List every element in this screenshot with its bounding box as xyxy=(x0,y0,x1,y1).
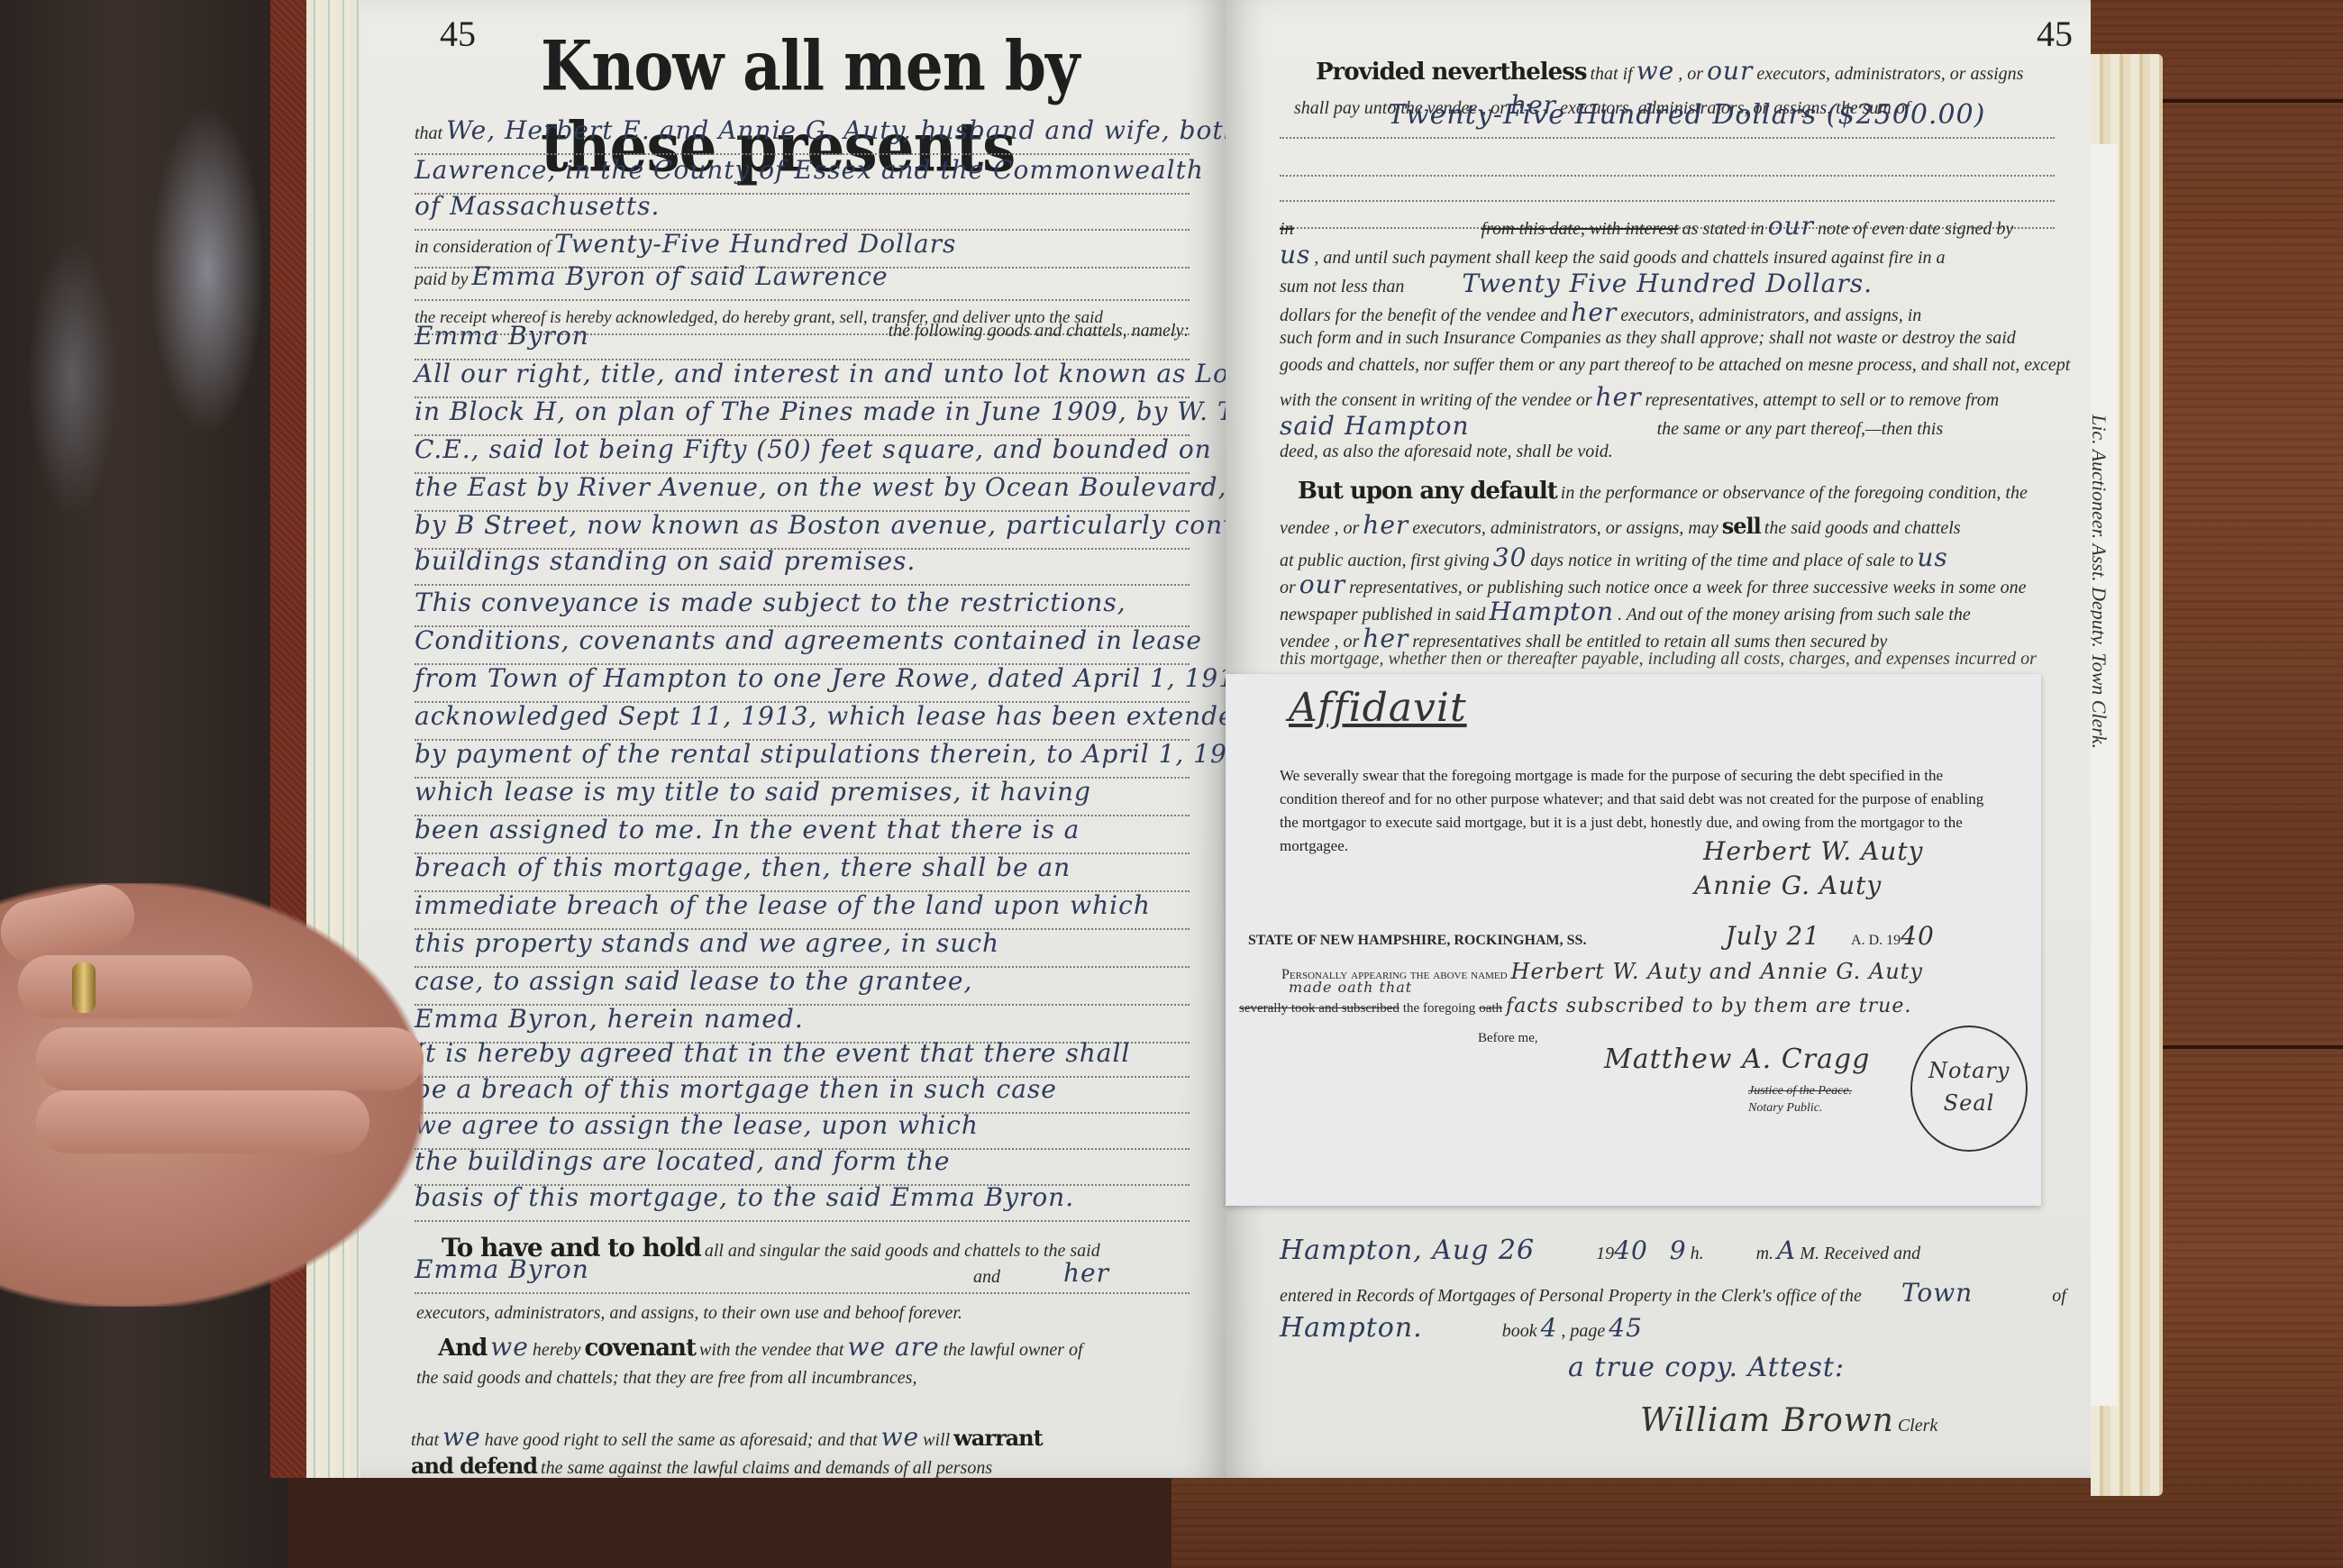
struck-text: severally took and subscribed xyxy=(1239,1001,1399,1016)
print-text: as stated in xyxy=(1682,219,1764,239)
handwritten-text: in Block H, on plan of The Pines made in… xyxy=(415,397,1313,426)
print-label: in consideration of xyxy=(415,237,551,257)
agreement-line: It is hereby agreed that in the event th… xyxy=(415,1038,1190,1078)
handwritten-text: A xyxy=(1777,1235,1796,1265)
print-text: book xyxy=(1502,1321,1537,1341)
print-text: 19 xyxy=(1596,1244,1614,1263)
finger xyxy=(18,955,252,1018)
handwritten-text: her xyxy=(1063,1258,1109,1288)
notary-title: Notary Public. xyxy=(1748,1101,1822,1116)
print-text: executors, administrators, and assigns, … xyxy=(1620,305,1921,325)
handwritten-text: by payment of the rental stipulations th… xyxy=(415,739,1270,769)
venue-line: STATE OF NEW HAMPSHIRE, ROCKINGHAM, SS. … xyxy=(1248,921,1935,951)
handwritten-text: her xyxy=(1571,297,1617,327)
print-text: note of even date signed by xyxy=(1818,219,2013,239)
print-text: hereby xyxy=(533,1340,581,1360)
print-text: the same against the lawful claims and d… xyxy=(541,1458,992,1478)
handwritten-text: we xyxy=(881,1422,920,1452)
print-text: dollars for the benefit of the vendee an… xyxy=(1280,305,1567,325)
print-text: . And out of the money arising from such… xyxy=(1618,605,1971,624)
insurance-amount-line: sum not less than Twenty Five Hundred Do… xyxy=(1280,269,1873,298)
handwritten-text: 9 xyxy=(1670,1235,1687,1265)
before-me: Before me, xyxy=(1478,1031,1538,1046)
handwritten-text: which lease is my title to said premises… xyxy=(415,777,1091,807)
handwritten-text: Emma Byron xyxy=(415,1254,589,1284)
grantor-line-2: Lawrence, in the County of Essex and the… xyxy=(415,155,1190,195)
provided-heading: Provided nevertheless xyxy=(1316,59,1586,86)
habendum-tail: executors, administrators, and assigns, … xyxy=(416,1303,962,1324)
handwritten-text: facts subscribed to by them are true. xyxy=(1506,995,1911,1017)
print-label: paid by xyxy=(415,269,468,289)
handwritten-text: 30 xyxy=(1493,542,1527,572)
handwritten-text: we xyxy=(1636,56,1675,86)
handwritten-text: buildings standing on said premises. xyxy=(415,546,916,576)
default-line-7: this mortgage, whether then or thereafte… xyxy=(1280,649,2037,670)
page-number: 45 xyxy=(440,13,476,55)
conveyance-line: by payment of the rental stipulations th… xyxy=(415,739,1190,779)
covenant-heading: And xyxy=(438,1335,487,1362)
handwritten-text: 45 xyxy=(1609,1313,1643,1343)
clerk-signature-line: William Brown Clerk xyxy=(1640,1402,1937,1439)
print-text: newspaper published in said xyxy=(1280,605,1485,624)
covenant-line-2: the said goods and chattels; that they a… xyxy=(416,1368,916,1389)
print-text: or xyxy=(1280,578,1296,597)
handwritten-text: breach of this mortgage, then, there sha… xyxy=(415,852,1071,882)
consent-line: with the consent in writing of the vende… xyxy=(1280,382,1999,412)
affidavit-slip: Affidavit We severally swear that the fo… xyxy=(1226,674,2041,1206)
print-text: m. xyxy=(1756,1244,1773,1263)
handwritten-year: 40 xyxy=(1901,921,1935,951)
print-text: the said goods and chattels xyxy=(1764,518,1961,538)
habendum-holder-line: Emma Byron and her xyxy=(415,1254,1190,1294)
print-text: vendee , or xyxy=(1280,518,1359,538)
print-text: that xyxy=(411,1430,439,1450)
handwritten-text: case, to assign said lease to the grante… xyxy=(415,966,972,996)
signature-herbert: Herbert W. Auty xyxy=(1703,836,1923,866)
handwritten-names: Herbert W. Auty and Annie G. Auty xyxy=(1511,959,1923,984)
handwritten-text: we agree to assign the lease, upon which xyxy=(415,1110,979,1140)
print-text: the foregoing xyxy=(1403,1001,1475,1016)
print-text: of xyxy=(2052,1286,2066,1306)
seal-text: Notary Seal xyxy=(1928,1054,2010,1119)
oath-line: severally took and subscribed the forego… xyxy=(1239,995,1911,1017)
handwritten-text: Lawrence, in the County of Essex and the… xyxy=(415,155,1204,185)
handwritten-text: we are xyxy=(848,1332,940,1362)
signature-annie: Annie G. Auty xyxy=(1694,871,1882,900)
print-text: the lawful owner of xyxy=(944,1340,1083,1360)
default-clause: But upon any default in the performance … xyxy=(1298,478,2028,505)
conveyance-line: been assigned to me. In the event that t… xyxy=(415,815,1190,854)
default-heading: But upon any default xyxy=(1298,478,1557,505)
conveyance-line: case, to assign said lease to the grante… xyxy=(415,966,1190,1006)
plastic-wrap xyxy=(0,0,288,1568)
clerk-label: Clerk xyxy=(1898,1416,1937,1436)
handwritten-text: Twenty-Five Hundred Dollars ($2500.00) xyxy=(1388,99,1985,131)
print-text: entered in Records of Mortgages of Perso… xyxy=(1280,1286,1862,1306)
remove-line: said Hampton the same or any part thereo… xyxy=(1280,411,1943,441)
page-number: 45 xyxy=(2037,13,2073,55)
goods-line: by B Street, now known as Boston avenue,… xyxy=(415,510,1190,550)
struck-text: oath xyxy=(1479,1001,1502,1016)
print-text: with the consent in writing of the vende… xyxy=(1280,390,1592,410)
covenant-clause: And we hereby covenant with the vendee t… xyxy=(438,1332,1083,1362)
handwritten-text: Hampton. xyxy=(1280,1312,1423,1344)
handwritten-text: Emma Byron of said Lawrence xyxy=(471,261,888,291)
venue-text: STATE OF NEW HAMPSHIRE, ROCKINGHAM, SS. xyxy=(1248,933,1586,948)
clerk-signature: William Brown xyxy=(1640,1402,1894,1439)
handwritten-text: This conveyance is made subject to the r… xyxy=(415,588,1126,617)
wedding-ring xyxy=(72,962,96,1013)
inserted-text: made oath that xyxy=(1289,979,1412,996)
print-text: have good right to sell the same as afor… xyxy=(485,1430,878,1450)
handwritten-text: We, Herbert E. and Annie G. Auty, husban… xyxy=(446,115,1276,145)
conveyance-line: this property stands and we agree, in su… xyxy=(415,928,1190,968)
handwritten-text: we xyxy=(442,1422,481,1452)
default-line-5: newspaper published in said Hampton . An… xyxy=(1280,597,1971,626)
warranty-line: that we have good right to sell the same… xyxy=(411,1422,1043,1452)
handwritten-text: said Hampton xyxy=(1280,411,1470,441)
defend-line: and defend the same against the lawful c… xyxy=(411,1453,992,1479)
handwritten-text: Emma Byron, herein named. xyxy=(415,1004,804,1034)
agreement-line: basis of this mortgage, to the said Emma… xyxy=(415,1182,1190,1222)
amount-line: Twenty-Five Hundred Dollars ($2500.00) xyxy=(1280,99,2055,139)
print-text: executors, administrators, or assigns xyxy=(1756,64,2023,84)
print-text: the same or any part thereof,—then this xyxy=(1657,419,1944,439)
handwritten-text: acknowledged Sept 11, 1913, which lease … xyxy=(415,701,1252,731)
handwritten-text: 4 xyxy=(1541,1313,1558,1343)
handwritten-text: immediate breach of the lease of the lan… xyxy=(415,890,1151,920)
defend-heading: and defend xyxy=(411,1453,537,1479)
print-text: representatives, or publishing such noti… xyxy=(1349,578,2026,597)
handwritten-text: C.E., said lot being Fifty (50) feet squ… xyxy=(415,434,1212,464)
print-text: days notice in writing of the time and p… xyxy=(1530,551,1913,570)
affidavit-heading: Affidavit xyxy=(1289,685,1467,731)
grantor-line-3: of Massachusetts. xyxy=(415,191,1190,231)
default-line-4: or our representatives, or publishing su… xyxy=(1280,570,2027,599)
handwritten-text: Conditions, covenants and agreements con… xyxy=(415,625,1202,655)
conveyance-line: from Town of Hampton to one Jere Rowe, d… xyxy=(415,663,1190,703)
insurance-terms-line: such form and in such Insurance Companie… xyxy=(1280,328,2016,349)
finger xyxy=(36,1090,369,1153)
default-line-2: vendee , or her executors, administrator… xyxy=(1280,510,1961,540)
handwritten-text: us xyxy=(1917,542,1947,572)
handwritten-date: July 21 xyxy=(1725,921,1820,951)
handwritten-text: from Town of Hampton to one Jere Rowe, d… xyxy=(415,663,1253,693)
handwritten-text: her xyxy=(1363,510,1409,540)
handwritten-text: Hampton, Aug 26 xyxy=(1280,1235,1535,1266)
handwritten-text: us xyxy=(1280,240,1310,269)
print-label: that xyxy=(415,123,442,143)
goods-line: in Block H, on plan of The Pines made in… xyxy=(415,397,1190,436)
handwritten-text: All our right, title, and interest in an… xyxy=(415,359,1331,388)
handwritten-text: be a breach of this mortgage then in suc… xyxy=(415,1074,1057,1104)
left-page: 45 Know all men by these presents that W… xyxy=(360,0,1226,1478)
handwritten-text: Twenty-Five Hundred Dollars xyxy=(554,229,956,259)
handwritten-text: been assigned to me. In the event that t… xyxy=(415,815,1080,844)
handwritten-text: Emma Byron xyxy=(415,321,589,351)
record-line-3: Hampton. book 4 , page 45 xyxy=(1280,1312,1643,1344)
waste-terms-line: goods and chattels, nor suffer them or a… xyxy=(1280,355,2070,376)
attest-signature: a true copy. Attest: xyxy=(1568,1352,1845,1383)
handwritten-text: Twenty Five Hundred Dollars. xyxy=(1462,269,1873,298)
goods-line: the East by River Avenue, on the west by… xyxy=(415,472,1190,512)
print-text: with the vendee that xyxy=(699,1340,844,1360)
index-finger xyxy=(36,1027,424,1090)
provided-clause: Provided nevertheless that if we , or ou… xyxy=(1316,56,2023,86)
handwritten-text: 40 xyxy=(1614,1235,1648,1265)
print-text: , or xyxy=(1678,64,1703,84)
conveyance-line: immediate breach of the lease of the lan… xyxy=(415,890,1190,930)
print-text: at public auction, first giving xyxy=(1280,551,1490,570)
struck-text: in xyxy=(1280,219,1294,239)
print-text: executors, administrators, or assigns, m… xyxy=(1412,518,1718,538)
struck-title: Justice of the Peace. xyxy=(1748,1084,1852,1099)
handwritten-text: It is hereby agreed that in the event th… xyxy=(415,1038,1130,1068)
print-text: representatives, attempt to sell or to r… xyxy=(1646,390,2000,410)
conveyance-line: which lease is my title to said premises… xyxy=(415,777,1190,816)
conveyance-line: Conditions, covenants and agreements con… xyxy=(415,625,1190,665)
handwritten-text: by B Street, now known as Boston avenue,… xyxy=(415,510,1365,540)
void-line: deed, as also the aforesaid note, shall … xyxy=(1280,442,1613,462)
ad-label: A. D. 19 xyxy=(1851,933,1901,948)
handwritten-text: the buildings are located, and form the xyxy=(415,1146,950,1176)
print-text: that if xyxy=(1590,64,1632,84)
notary-seal: Notary Seal xyxy=(1910,1026,2028,1152)
agreement-line: the buildings are located, and form the xyxy=(415,1146,1190,1186)
handwritten-text: basis of this mortgage, to the said Emma… xyxy=(415,1182,1074,1212)
print-text: and xyxy=(973,1267,1000,1288)
note-line: in from this date, with interest as stat… xyxy=(1280,211,2013,241)
warrant-heading: warrant xyxy=(953,1425,1043,1451)
conveyance-line: breach of this mortgage, then, there sha… xyxy=(415,852,1190,892)
sell-heading: sell xyxy=(1722,513,1761,539)
grantee-line: Emma Byron the following goods and chatt… xyxy=(415,321,1190,360)
goods-line: C.E., said lot being Fifty (50) feet squ… xyxy=(415,434,1190,474)
default-line-3: at public auction, first giving 30 days … xyxy=(1280,542,1948,572)
print-label: the following goods and chattels, namely… xyxy=(889,321,1190,342)
handwritten-text: this property stands and we agree, in su… xyxy=(415,928,999,958)
goods-line: All our right, title, and interest in an… xyxy=(415,359,1190,398)
benefit-line: dollars for the benefit of the vendee an… xyxy=(1280,297,1921,327)
handwritten-text: our xyxy=(1768,211,1814,241)
print-text: will xyxy=(923,1430,950,1450)
handwritten-text: our xyxy=(1707,56,1753,86)
insurance-line: us , and until such payment shall keep t… xyxy=(1280,240,1946,269)
record-line-2: entered in Records of Mortgages of Perso… xyxy=(1280,1278,2066,1308)
handwritten-text: of Massachusetts. xyxy=(415,191,660,221)
handwritten-text: our xyxy=(1299,570,1345,599)
conveyance-line: This conveyance is made subject to the r… xyxy=(415,588,1190,627)
handwritten-text: Hampton xyxy=(1489,597,1614,626)
handwritten-text: her xyxy=(1596,382,1642,412)
print-text: h. xyxy=(1691,1244,1704,1263)
handwritten-text: we xyxy=(490,1332,529,1362)
print-text: , and until such payment shall keep the … xyxy=(1314,248,1945,268)
agreement-line: be a breach of this mortgage then in suc… xyxy=(415,1074,1190,1114)
agreement-line: we agree to assign the lease, upon which xyxy=(415,1110,1190,1150)
struck-text: from this date, with interest xyxy=(1481,219,1679,239)
covenant-heading: covenant xyxy=(584,1335,696,1362)
goods-line: buildings standing on said premises. xyxy=(415,546,1190,586)
conveyance-line: acknowledged Sept 11, 1913, which lease … xyxy=(415,701,1190,741)
handwritten-text: Town xyxy=(1901,1278,1973,1308)
notary-signature: Matthew A. Cragg xyxy=(1604,1044,1870,1075)
grantor-line-1: that We, Herbert E. and Annie G. Auty, h… xyxy=(415,115,1190,155)
print-text: , page xyxy=(1561,1321,1605,1341)
print-text: sum not less than xyxy=(1280,277,1404,296)
record-line-1: Hampton, Aug 26 1940 9 h. m. A M. Receiv… xyxy=(1280,1235,1920,1266)
print-text: M. Received and xyxy=(1800,1244,1920,1263)
print-text: in the performance or observance of the … xyxy=(1561,483,2028,503)
